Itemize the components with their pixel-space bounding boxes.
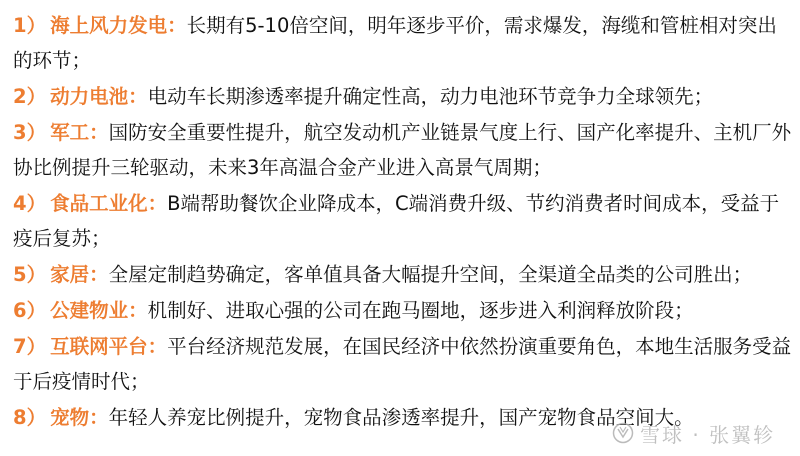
item-text: 机制好、进取心强的公司在跑马圈地，逐步进入利润释放阶段； <box>148 299 694 322</box>
list-item-food-industrialization: 4）食品工业化：B端帮助餐饮企业降成本，C端消费升级、节约消费者时间成本，受益于… <box>13 186 793 256</box>
item-number: 7） <box>13 335 46 358</box>
item-label: 动力电池： <box>50 85 148 108</box>
item-label: 公建物业： <box>50 299 148 322</box>
watermark-text: 雪球 · 张翼轸 <box>640 419 775 448</box>
snowball-logo-icon <box>612 422 634 444</box>
item-text: 年轻人养宠比例提升，宠物食品渗透率提升，国产宠物食品空间大。 <box>109 406 694 429</box>
item-label: 家居： <box>50 263 109 286</box>
item-label: 军工： <box>50 121 109 144</box>
item-number: 5） <box>13 263 46 286</box>
item-text: 国防安全重要性提升，航空发动机产业链景气度上行、国产化率提升、主机厂外协比例提升… <box>13 121 791 179</box>
item-number: 3） <box>13 121 46 144</box>
item-number: 1） <box>13 14 46 37</box>
item-label: 宠物： <box>50 406 109 429</box>
item-text: 全屋定制趋势确定，客单值具备大幅提升空间，全渠道全品类的公司胜出； <box>109 263 753 286</box>
list-item-internet-platform: 7）互联网平台：平台经济规范发展，在国民经济中依然扮演重要角色，本地生活服务受益… <box>13 329 793 399</box>
list-item-public-property: 6）公建物业：机制好、进取心强的公司在跑马圈地，逐步进入利润释放阶段； <box>13 293 793 328</box>
item-number: 2） <box>13 85 46 108</box>
item-label: 互联网平台： <box>50 335 167 358</box>
item-label: 海上风力发电： <box>50 14 187 37</box>
item-number: 4） <box>13 192 46 215</box>
watermark: 雪球 · 张翼轸 <box>612 418 775 448</box>
list-item-power-battery: 2）动力电池：电动车长期渗透率提升确定性高，动力电池环节竞争力全球领先； <box>13 79 793 114</box>
list-item-military: 3）军工：国防安全重要性提升，航空发动机产业链景气度上行、国产化率提升、主机厂外… <box>13 115 793 185</box>
list-item-offshore-wind: 1）海上风力发电：长期有5-10倍空间，明年逐步平价，需求爆发，海缆和管桩相对突… <box>13 8 793 78</box>
item-label: 食品工业化： <box>50 192 167 215</box>
item-text: 电动车长期渗透率提升确定性高，动力电池环节竞争力全球领先； <box>148 85 714 108</box>
list-item-home-furnishing: 5）家居：全屋定制趋势确定，客单值具备大幅提升空间，全渠道全品类的公司胜出； <box>13 257 793 292</box>
item-number: 8） <box>13 406 46 429</box>
item-number: 6） <box>13 299 46 322</box>
document-body: 1）海上风力发电：长期有5-10倍空间，明年逐步平价，需求爆发，海缆和管桩相对突… <box>13 8 793 436</box>
